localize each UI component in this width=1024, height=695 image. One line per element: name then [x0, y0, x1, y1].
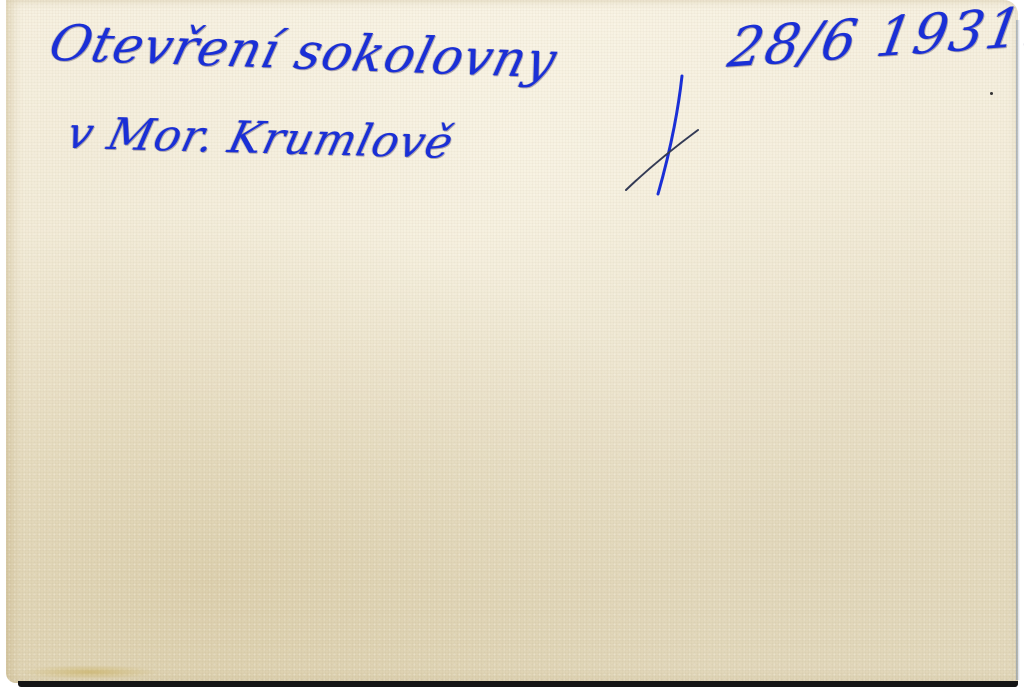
paper-stain — [20, 665, 160, 679]
photo-card-paper — [6, 0, 1018, 683]
scanned-photo-back: Otevření sokolovny v Mor. Krumlově 28/6 … — [0, 0, 1024, 695]
right-edge-shadow — [1016, 20, 1020, 680]
pen-stroke-mark — [620, 72, 700, 197]
bottom-edge-shadow — [18, 681, 1018, 687]
handwritten-caption-line-2: v Mor. Krumlově — [62, 108, 459, 169]
ink-dot — [990, 92, 993, 95]
